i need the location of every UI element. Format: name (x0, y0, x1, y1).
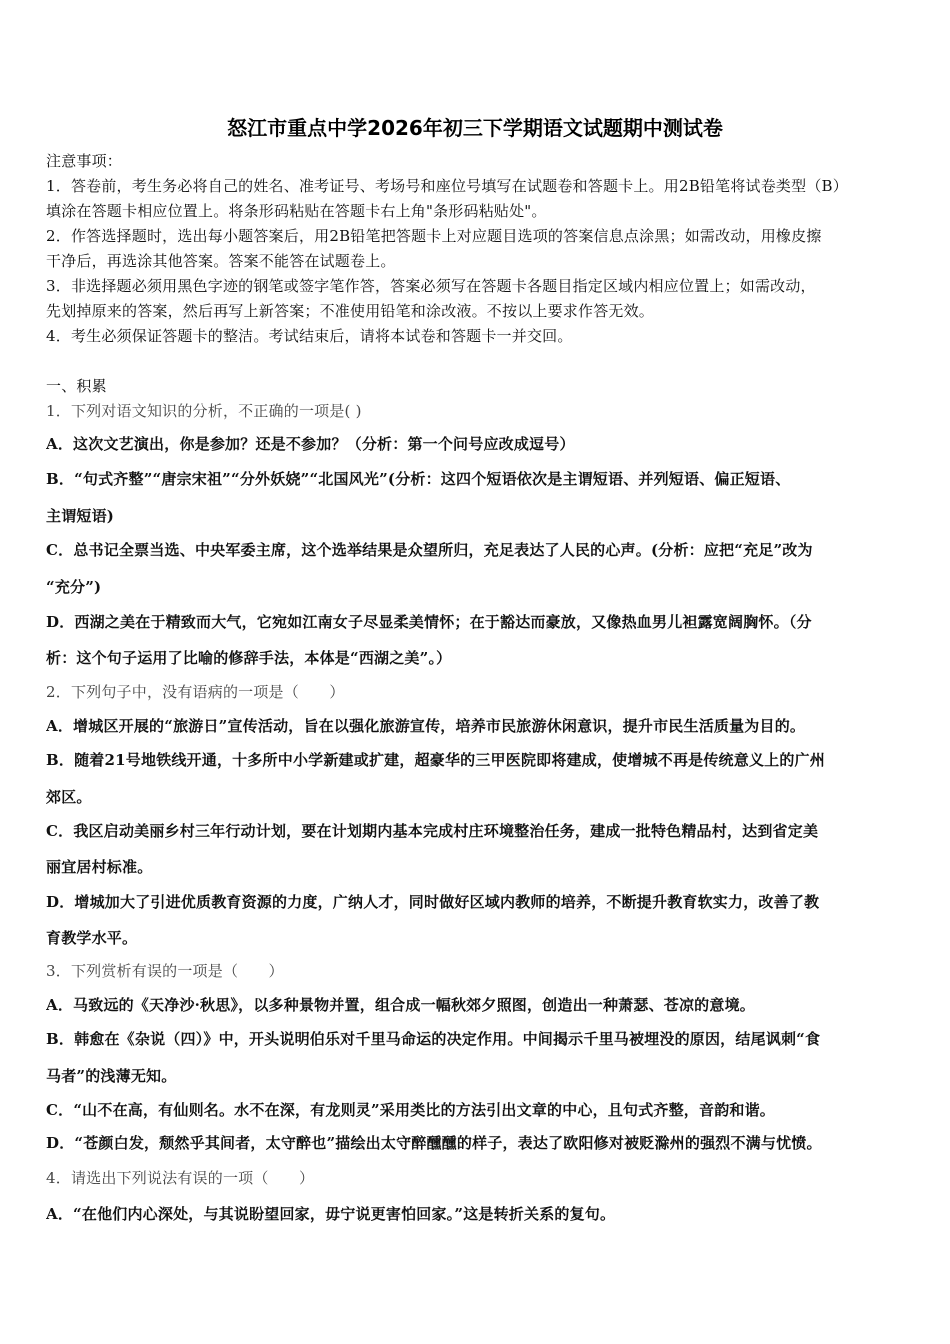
question-4-option-a: A．“在他们内心深处，与其说盼望回家，毋宁说更害怕回家。”这是转折关系的复句。 (46, 1204, 908, 1224)
question-1-option-d-line-2: 析：这个句子运用了比喻的修辞手法，本体是“西湖之美”。） (46, 648, 908, 668)
question-2-option-d-line-2: 育教学水平。 (46, 928, 908, 948)
question-3-option-b-line-1: B．韩愈在《杂说（四）》中，开头说明伯乐对千里马命运的决定作用。中间揭示千里马被… (46, 1029, 908, 1049)
notice-item-1-line-2: 填涂在答题卡相应位置上。将条形码粘贴在答题卡右上角"条形码粘贴处"。 (46, 201, 908, 221)
question-1-option-c-line-2: “充分”) (46, 577, 908, 597)
question-2-option-b-line-1: B．随着21号地铁线开通，十多所中小学新建或扩建，超豪华的三甲医院即将建成，使增… (46, 750, 908, 770)
question-2-option-c-line-1: C．我区启动美丽乡村三年行动计划，要在计划期内基本完成村庄环境整治任务，建成一批… (46, 821, 908, 841)
question-1-option-c-line-1: C．总书记全票当选、中央军委主席，这个选举结果是众望所归，充足表达了人民的心声。… (46, 540, 908, 560)
question-2-option-d-line-1: D．增城加大了引进优质教育资源的力度，广纳人才，同时做好区域内教师的培养，不断提… (46, 892, 908, 912)
notice-item-3-line-2: 先划掉原来的答案，然后再写上新答案；不准使用铅笔和涂改液。不按以上要求作答无效。 (46, 301, 908, 321)
question-2-stem: 2．下列句子中，没有语病的一项是（ ） (46, 682, 908, 702)
notice-item-2-line-2: 干净后，再选涂其他答案。答案不能答在试题卷上。 (46, 251, 908, 271)
notice-item-2-line-1: 2．作答选择题时，选出每小题答案后，用2B铅笔把答题卡上对应题目选项的答案信息点… (46, 226, 908, 246)
question-1-stem: 1．下列对语文知识的分析，不正确的一项是( ) (46, 401, 908, 421)
notice-heading: 注意事项： (46, 151, 908, 171)
question-3-option-c: C．“山不在高，有仙则名。水不在深，有龙则灵”采用类比的方法引出文章的中心，且句… (46, 1100, 908, 1120)
question-1-option-b-line-2: 主谓短语) (46, 506, 908, 526)
question-1-option-a: A．这次文艺演出，你是参加？还是不参加？（分析：第一个问号应改成逗号） (46, 434, 908, 454)
question-3-option-b-line-2: 马者”的浅薄无知。 (46, 1066, 908, 1086)
question-3-option-a: A．马致远的《天净沙·秋思》，以多种景物并置，组合成一幅秋郊夕照图，创造出一种萧… (46, 995, 908, 1015)
notice-item-1-line-1: 1．答卷前，考生务必将自己的姓名、准考证号、考场号和座位号填写在试题卷和答题卡上… (46, 176, 908, 196)
question-4-stem: 4．请选出下列说法有误的一项（ ） (46, 1168, 908, 1188)
exam-page: 怒江市重点中学2026年初三下学期语文试题期中测试卷 注意事项： 1．答卷前，考… (0, 0, 950, 1344)
question-2-option-a: A．增城区开展的“旅游日”宣传活动，旨在以强化旅游宣传，培养市民旅游休闲意识，提… (46, 716, 908, 736)
notice-item-3-line-1: 3．非选择题必须用黑色字迹的钢笔或签字笔作答，答案必须写在答题卡各题目指定区域内… (46, 276, 908, 296)
question-1-option-d-line-1: D．西湖之美在于精致而大气，它宛如江南女子尽显柔美情怀；在于豁达而豪放，又像热血… (46, 612, 908, 632)
notice-item-4: 4．考生必须保证答题卡的整洁。考试结束后，请将本试卷和答题卡一并交回。 (46, 326, 908, 346)
question-2-option-c-line-2: 丽宜居村标准。 (46, 857, 908, 877)
exam-title: 怒江市重点中学2026年初三下学期语文试题期中测试卷 (0, 112, 950, 141)
question-3-stem: 3．下列赏析有误的一项是（ ） (46, 961, 908, 981)
section-heading: 一、积累 (46, 376, 908, 396)
question-3-option-d: D．“苍颜白发，颓然乎其间者，太守醉也”描绘出太守醉醺醺的样子，表达了欧阳修对被… (46, 1133, 908, 1153)
question-1-option-b-line-1: B．“句式齐整”“唐宗宋祖”“分外妖娆”“北国风光”(分析：这四个短语依次是主谓… (46, 469, 908, 489)
question-2-option-b-line-2: 郊区。 (46, 787, 908, 807)
